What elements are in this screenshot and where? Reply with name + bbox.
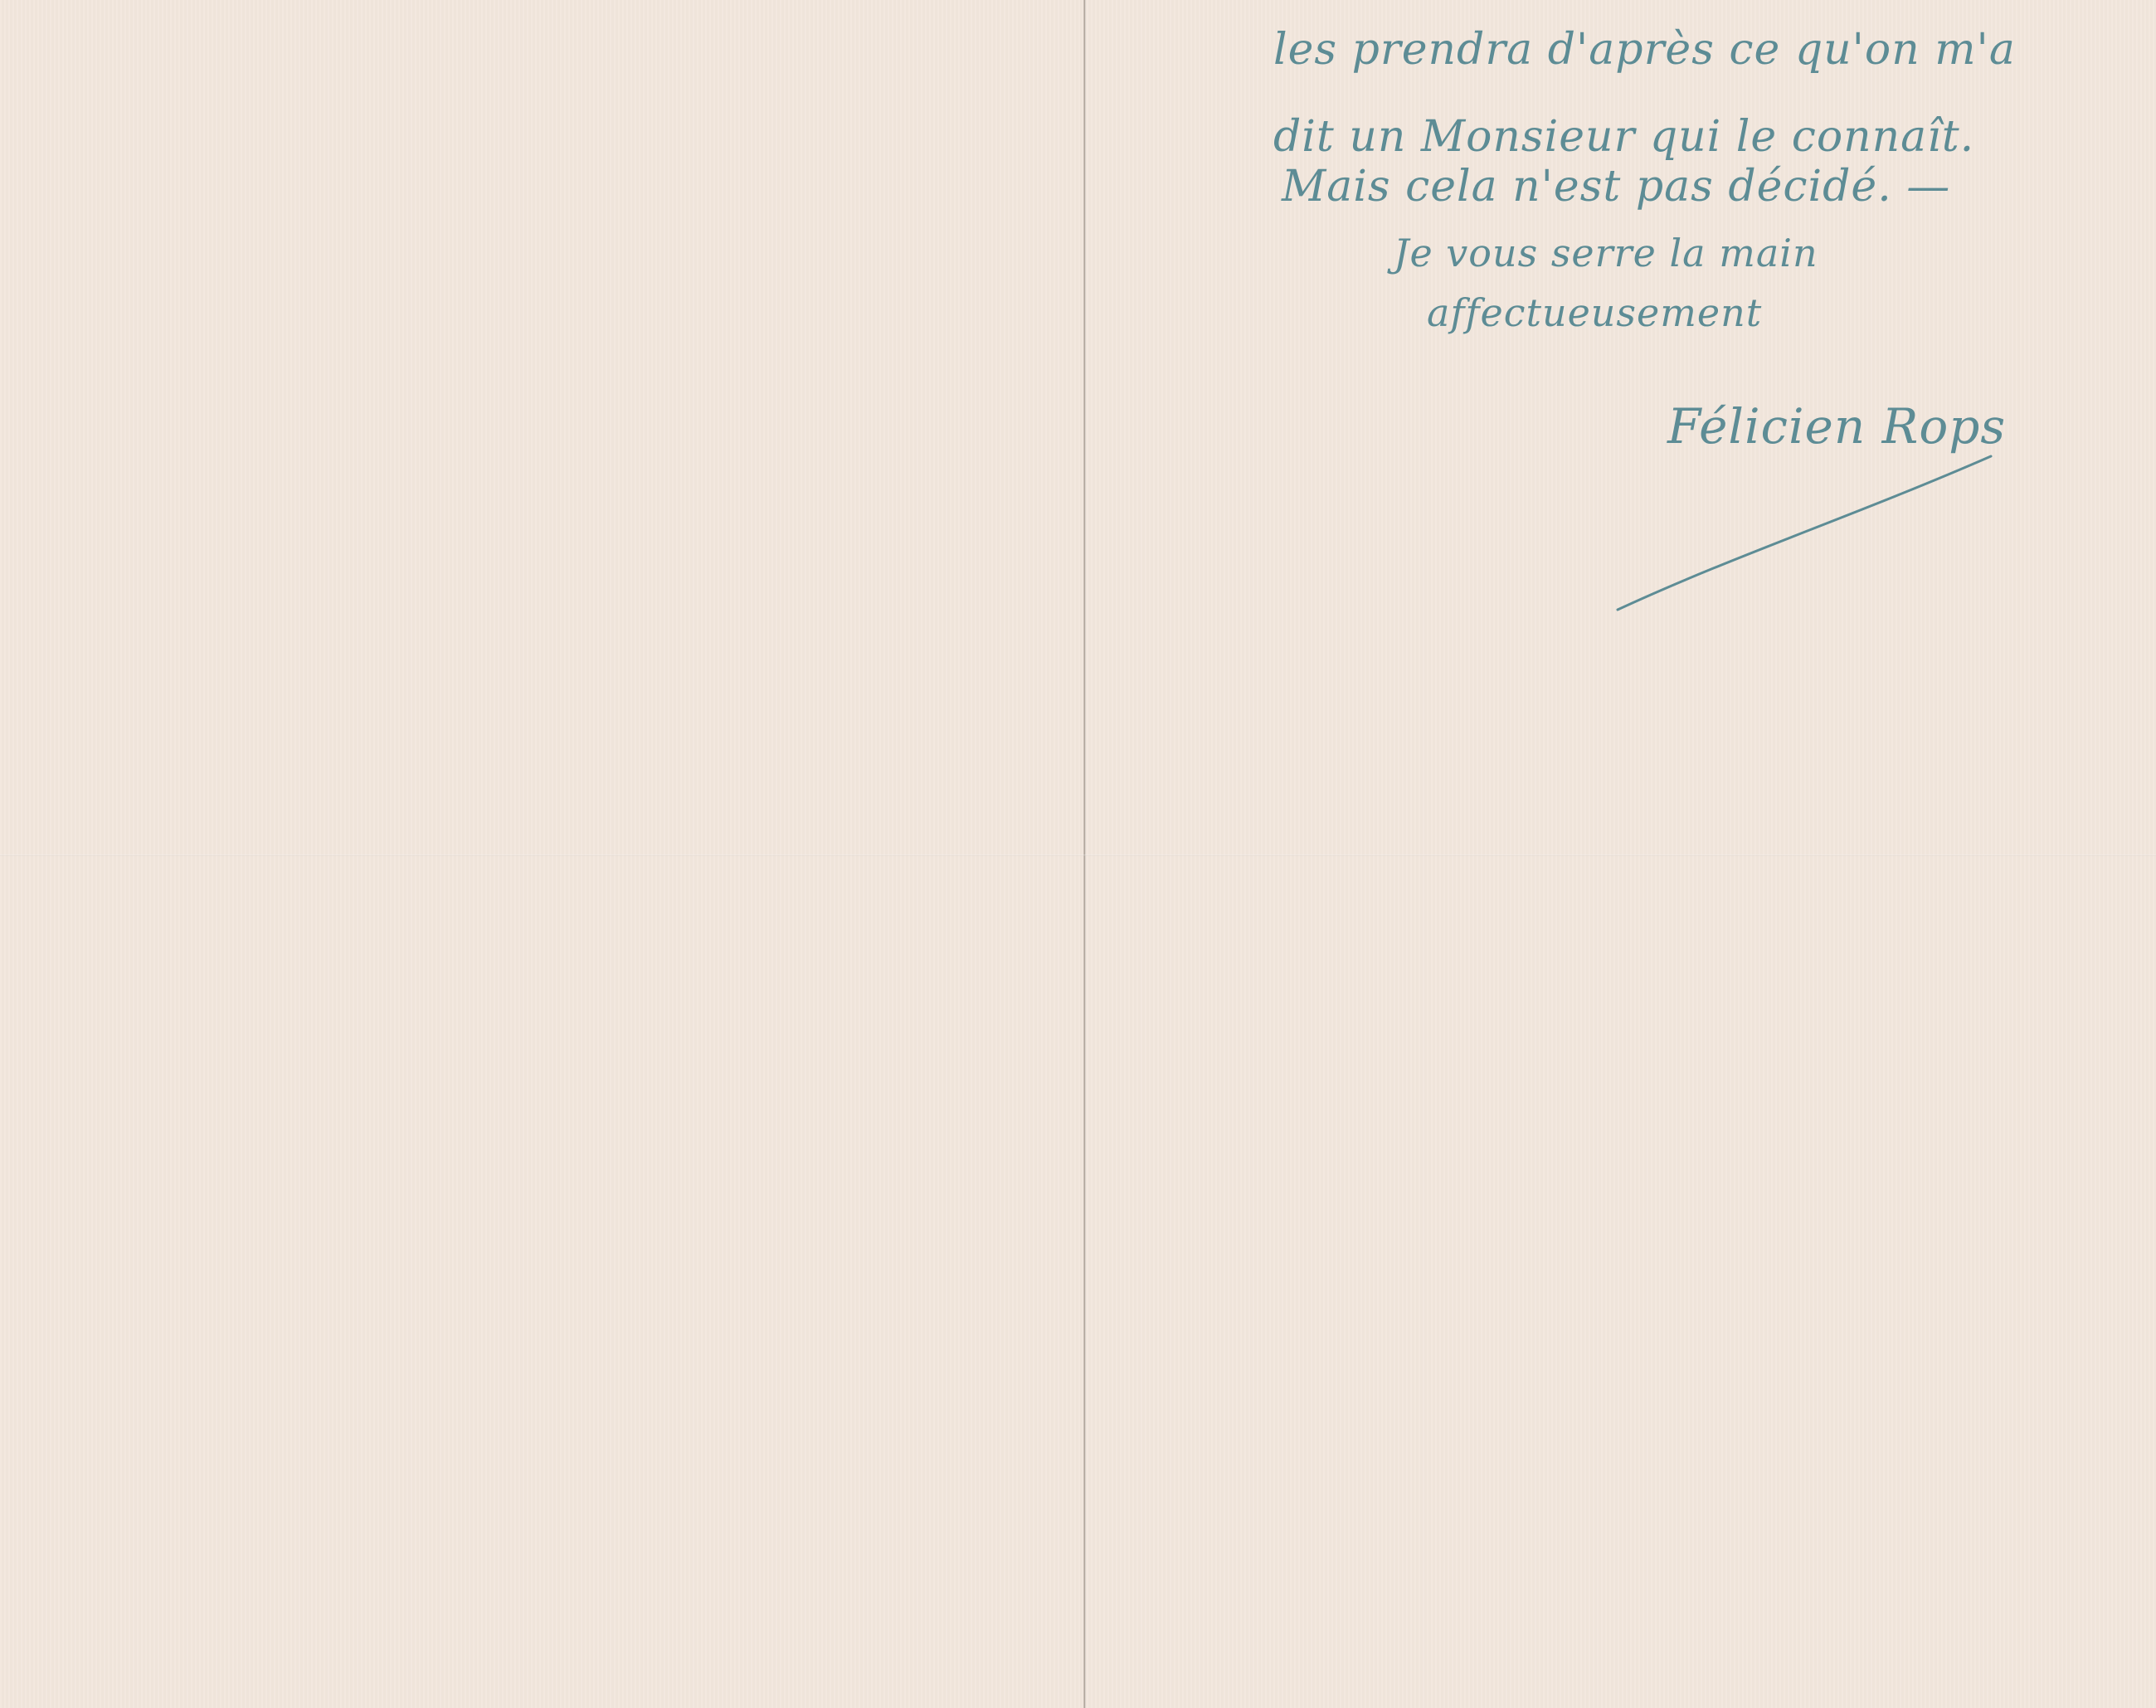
- body-line-3: Mais cela n'est pas décidé. —: [1282, 162, 1950, 212]
- letter-sheet: les prendra d'après ce qu'on m'a dit un …: [0, 0, 2156, 1708]
- signature: Félicien Rops: [1667, 398, 2006, 455]
- body-line-1: les prendra d'après ce qu'on m'a: [1273, 25, 2016, 75]
- signature-flourish-icon: [1609, 448, 2008, 630]
- closing-line-1: Je vous serre la main: [1394, 231, 1818, 275]
- closing-line-2: affectueusement: [1427, 290, 1762, 335]
- body-line-2: dit un Monsieur qui le connaît.: [1273, 112, 1974, 162]
